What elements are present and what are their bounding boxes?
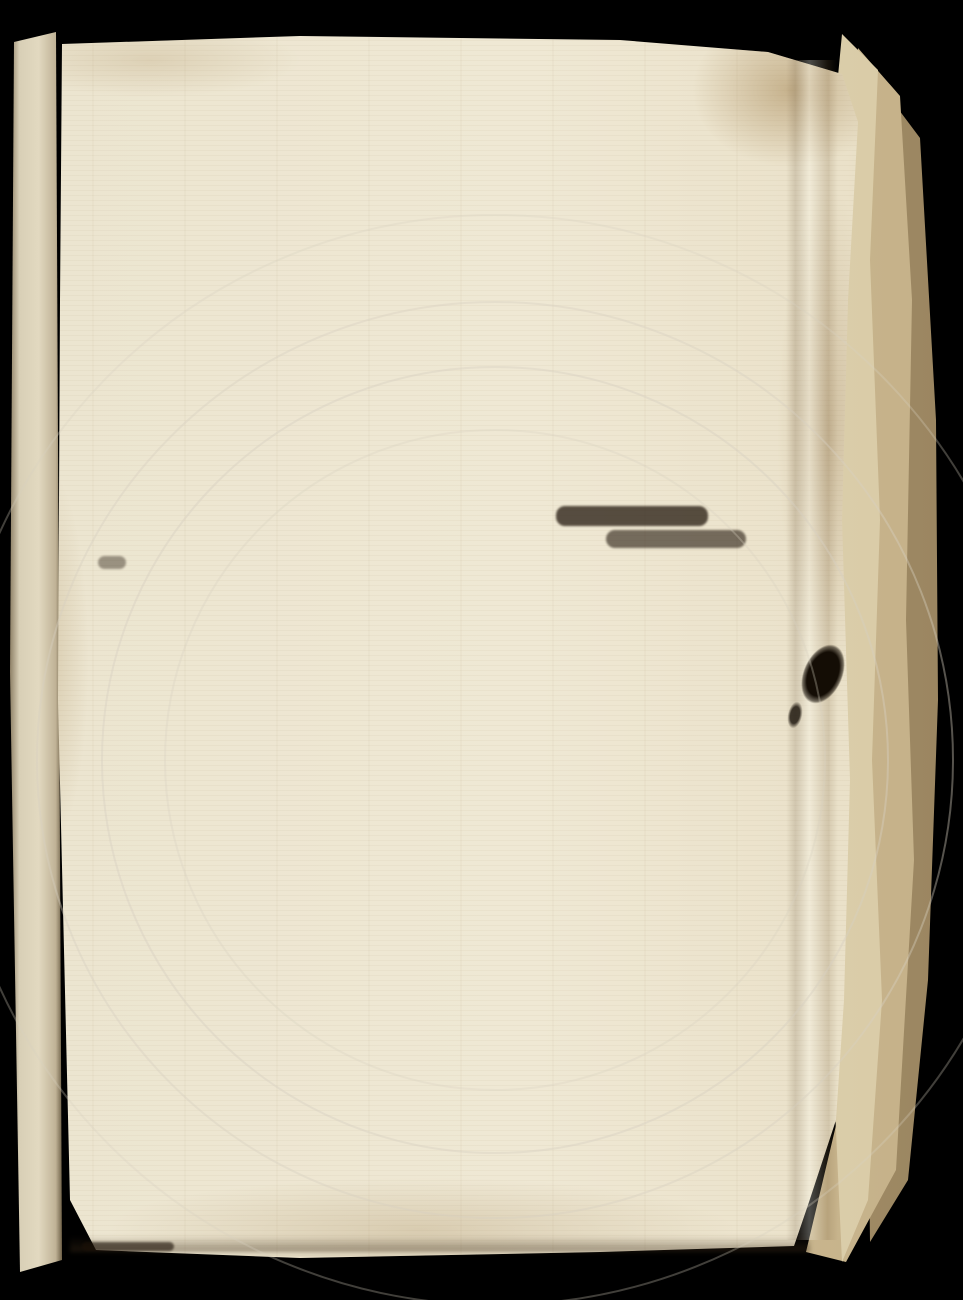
ink-smear: [556, 506, 708, 526]
left-page-edge: [10, 32, 62, 1272]
bottom-edge-shadow: [70, 1236, 810, 1252]
ink-smear: [98, 556, 126, 569]
manuscript-photo: [0, 0, 963, 1300]
ink-smear: [606, 530, 746, 548]
ink-smear: [82, 1242, 174, 1251]
